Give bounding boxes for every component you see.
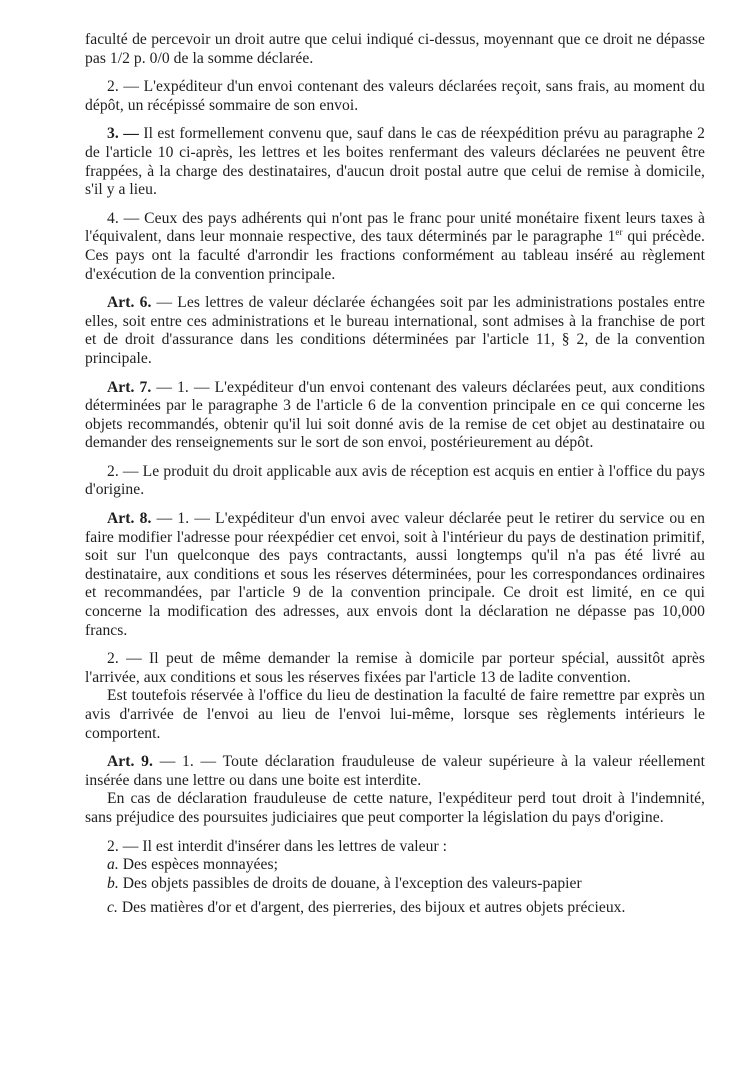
paragraph-text: Il est formellement convenu que, sauf da… bbox=[85, 125, 705, 198]
paragraph-text: Il peut de même demander la remise à dom… bbox=[85, 650, 705, 686]
paragraph-text: Il est interdit d'insérer dans les lettr… bbox=[138, 838, 447, 855]
superscript: er bbox=[615, 227, 622, 237]
list-letter: b. bbox=[107, 875, 119, 892]
paragraph-text: L'expéditeur d'un envoi contenant des va… bbox=[85, 78, 705, 114]
list-item-b: b. Des objets passibles de droits de dou… bbox=[85, 875, 705, 894]
article-text: — 1. — Toute déclaration frauduleuse de … bbox=[85, 753, 705, 789]
paragraph-number: 4. — bbox=[107, 210, 139, 227]
paragraph-4: 4. — Ceux des pays adhérents qui n'ont p… bbox=[85, 210, 705, 284]
paragraph-number: 3. — bbox=[107, 125, 139, 142]
article-9-1: Art. 9. — 1. — Toute déclaration fraudul… bbox=[85, 753, 705, 790]
paragraph-3: 3. — Il est formellement convenu que, sa… bbox=[85, 125, 705, 199]
paragraph-number: 2. — bbox=[107, 78, 139, 95]
article-8-2-continuation: Est toutefois réservée à l'office du lie… bbox=[85, 687, 705, 743]
paragraph-text: faculté de percevoir un droit autre que … bbox=[85, 31, 705, 67]
article-text: — 1. — L'expéditeur d'un envoi avec vale… bbox=[85, 510, 705, 639]
article-heading: Art. 8. bbox=[107, 510, 151, 527]
article-heading: Art. 6. bbox=[107, 294, 151, 311]
list-text: Des objets passibles de droits de douane… bbox=[119, 875, 582, 892]
article-text: — 1. — L'expéditeur d'un envoi contenant… bbox=[85, 379, 705, 452]
paragraph-number: 2. — bbox=[107, 463, 139, 480]
paragraph-text: Ceux des pays adhérents qui n'ont pas le… bbox=[85, 210, 705, 246]
paragraph-continuation: faculté de percevoir un droit autre que … bbox=[85, 31, 705, 68]
article-7-2: 2. — Le produit du droit applicable aux … bbox=[85, 463, 705, 500]
paragraph-text: Le produit du droit applicable aux avis … bbox=[85, 463, 705, 499]
list-text: Des espèces monnayées; bbox=[119, 856, 278, 873]
paragraph-text: En cas de déclaration frauduleuse de cet… bbox=[85, 790, 705, 826]
paragraph-number: 2. — bbox=[107, 838, 138, 855]
list-text: Des matières d'or et d'argent, des pierr… bbox=[118, 899, 626, 916]
document-page: faculté de percevoir un droit autre que … bbox=[85, 31, 705, 918]
list-letter: a. bbox=[107, 856, 119, 873]
article-heading: Art. 7. bbox=[107, 379, 151, 396]
article-7-1: Art. 7. — 1. — L'expéditeur d'un envoi c… bbox=[85, 379, 705, 453]
paragraph-text: Est toutefois réservée à l'office du lie… bbox=[85, 687, 705, 741]
article-6: Art. 6. — Les lettres de valeur déclarée… bbox=[85, 294, 705, 368]
list-item-c: c. Des matières d'or et d'argent, des pi… bbox=[85, 899, 705, 918]
paragraph-number: 2. — bbox=[107, 650, 142, 667]
article-8-1: Art. 8. — 1. — L'expéditeur d'un envoi a… bbox=[85, 510, 705, 640]
list-item-a: a. Des espèces monnayées; bbox=[85, 856, 705, 875]
article-9-2: 2. — Il est interdit d'insérer dans les … bbox=[85, 838, 705, 857]
article-heading: Art. 9. bbox=[107, 753, 153, 770]
list-letter: c. bbox=[107, 899, 118, 916]
article-8-2: 2. — Il peut de même demander la remise … bbox=[85, 650, 705, 687]
paragraph-2: 2. — L'expéditeur d'un envoi contenant d… bbox=[85, 78, 705, 115]
article-9-1-continuation: En cas de déclaration frauduleuse de cet… bbox=[85, 790, 705, 827]
article-text: — Les lettres de valeur déclarée échangé… bbox=[85, 294, 705, 367]
